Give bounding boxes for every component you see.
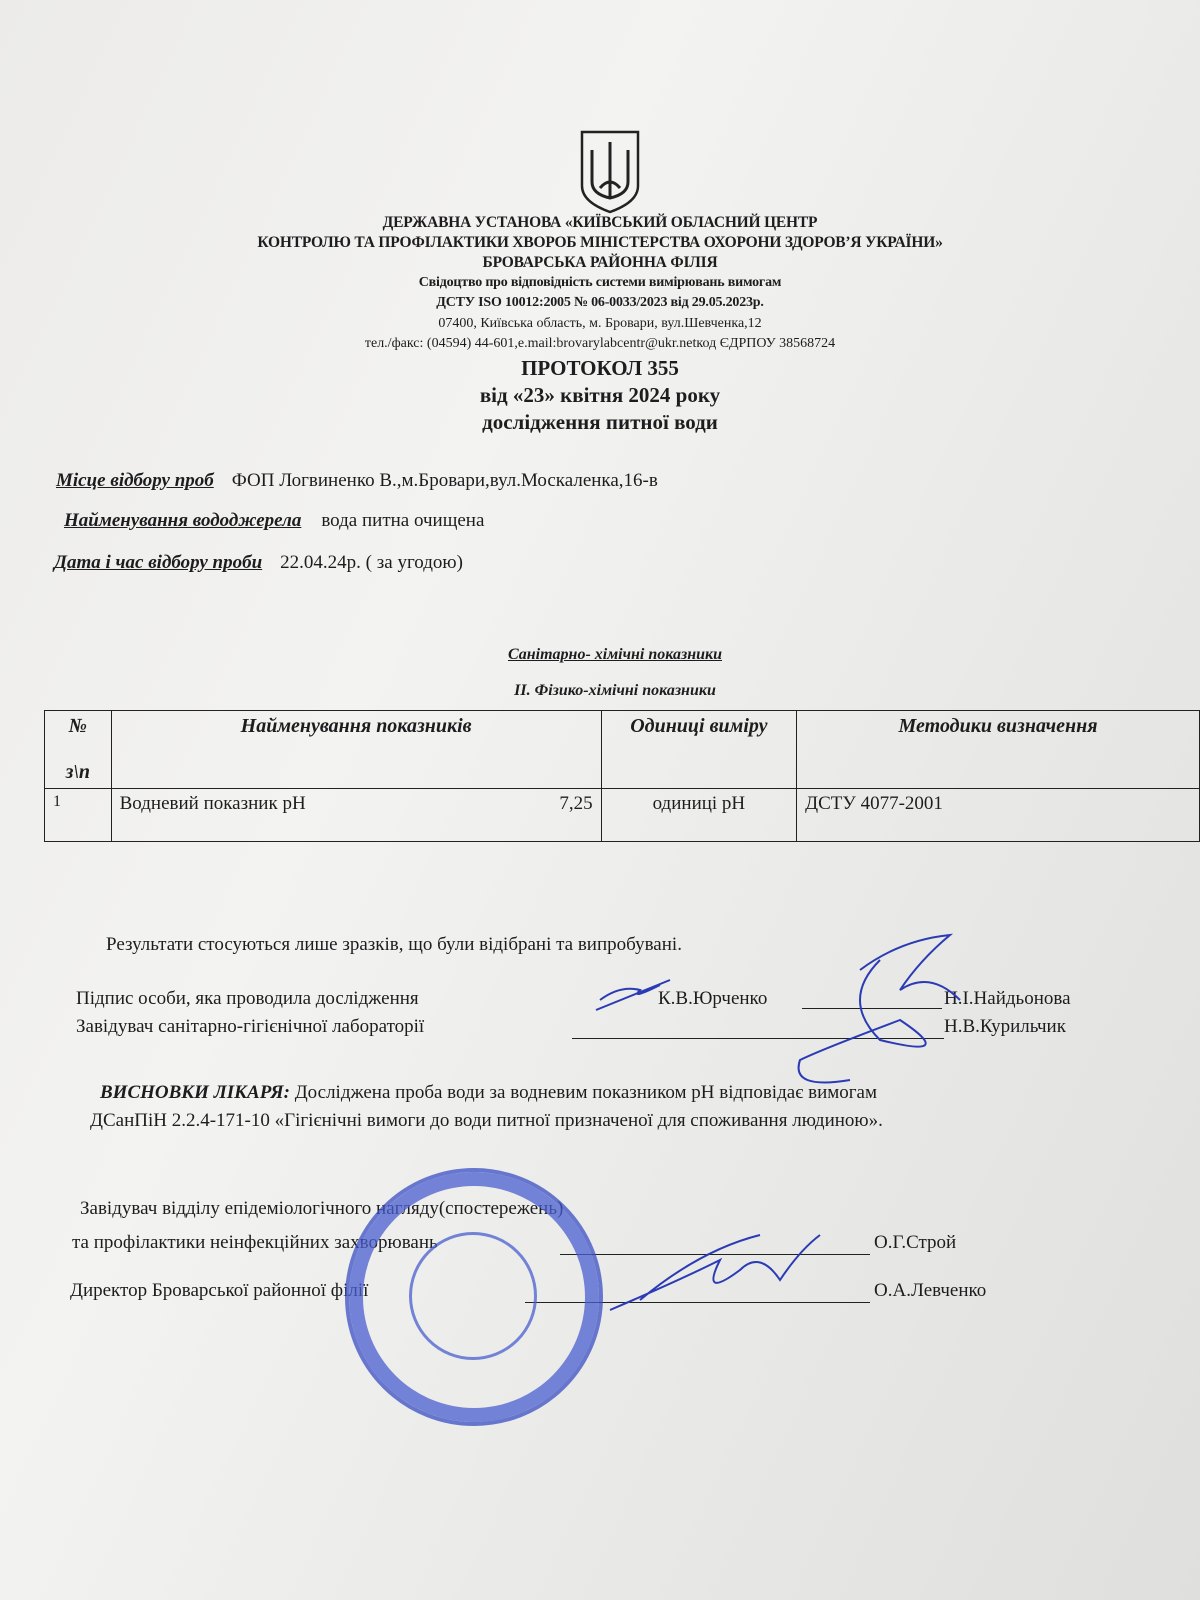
handwritten-signatures-icon (0, 0, 1200, 1600)
document-page: ДЕРЖАВНА УСТАНОВА «КИЇВСЬКИЙ ОБЛАСНИЙ ЦЕ… (0, 0, 1200, 1600)
